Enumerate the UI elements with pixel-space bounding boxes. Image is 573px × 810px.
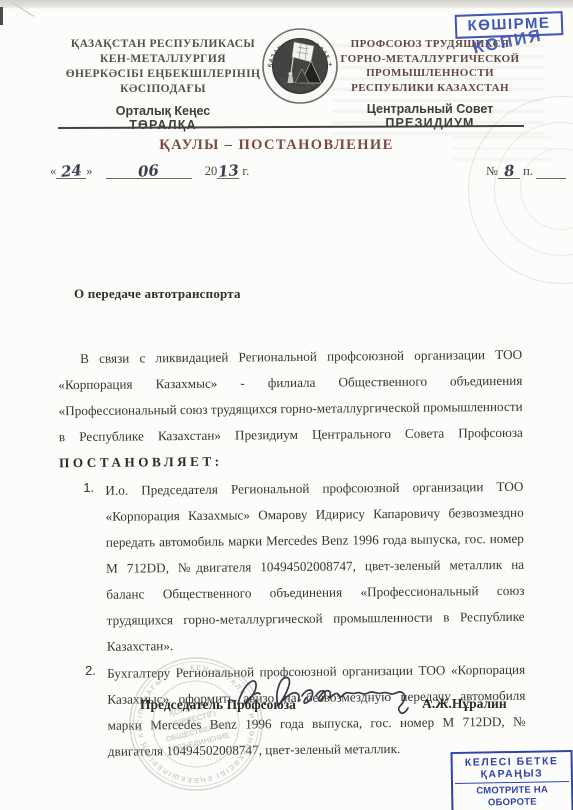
see-reverse-line: КЕЛЕСІ БЕТКЕ <box>455 755 569 769</box>
letterhead-line: ӨНЕРКӘСІБІ ЕҢБЕКШІЛЕРІНІҢ <box>36 67 290 82</box>
see-reverse-russian: СМОТРИТЕ НА ОБОРОТЕ <box>455 784 569 810</box>
empty-blank <box>536 163 566 179</box>
intro-text: В связи с ликвидацией Региональной профс… <box>58 347 523 444</box>
see-reverse-box: КЕЛЕСІ БЕТКЕ ҚАРАҢЫЗ СМОТРИТЕ НА ОБОРОТЕ <box>450 750 573 810</box>
see-reverse-kazakh: КЕЛЕСІ БЕТКЕ ҚАРАҢЫЗ <box>455 755 569 784</box>
emblem-figure <box>289 72 293 76</box>
see-reverse-line: ҚАРАҢЫЗ <box>455 767 569 781</box>
handwritten-signature <box>230 666 440 720</box>
item-number: 2. <box>85 661 101 765</box>
list-item: 1. И.о. Председателя Региональной профсо… <box>83 474 525 660</box>
letterhead-line: ПРОМЫШЛЕННОСТИ <box>331 66 529 81</box>
year-suffix: г. <box>242 164 249 178</box>
letterhead-line: РЕСПУБЛИКИ КАЗАХСТАН <box>331 81 529 96</box>
document-number-line: №8 п. <box>486 163 566 179</box>
central-council-kk: Орталық Кеңес <box>36 104 290 118</box>
number-blank: 8 <box>498 163 520 179</box>
quote-close: » <box>86 164 92 178</box>
scanner-edge-strip <box>0 0 573 9</box>
item-number: 1. <box>83 478 100 660</box>
letterhead-kazakh: ҚАЗАҚСТАН РЕСПУБЛИКАСЫ КЕН-МЕТАЛЛУРГИЯ Ө… <box>36 37 290 132</box>
letterhead-line: ҚАЗАҚСТАН РЕСПУБЛИКАСЫ <box>36 37 290 52</box>
handwritten-year: 13 <box>217 161 239 181</box>
number-sign: № <box>486 164 498 178</box>
union-emblem-icon: ҚАЗАҚ ✦ КӘСІПОДАҚ ✦ МЕТАЛЛ КАЗПРОФМЕТАЛЛ <box>261 27 339 105</box>
document-title: ҚАУЛЫ – ПОСТАНОВЛЕНИЕ <box>0 137 553 154</box>
handwritten-number: 8 <box>503 162 515 181</box>
date-line: «24» 06 2013 г. <box>50 163 249 179</box>
number-suffix: п. <box>523 164 533 178</box>
day-blank: 24 <box>56 163 86 179</box>
see-reverse-stamp: КЕЛЕСІ БЕТКЕ ҚАРАҢЫЗ СМОТРИТЕ НА ОБОРОТЕ <box>450 750 573 810</box>
item-text: И.о. Председателя Региональной профсоюзн… <box>105 474 525 660</box>
letterhead-line: КӘСІПОДАҒЫ <box>36 82 290 97</box>
year-blank: 13 <box>217 163 239 179</box>
letterhead-line: КЕН-МЕТАЛЛУРГИЯ <box>36 52 290 67</box>
year-century: 20 <box>205 164 218 178</box>
presidium-ru: ПРЕЗИДИУМ <box>331 116 529 130</box>
document-subject: О передаче автотранспорта <box>74 286 241 302</box>
intro-paragraph: В связи с ликвидацией Региональной профс… <box>58 342 523 476</box>
handwritten-day: 24 <box>60 161 82 181</box>
copy-stamp: КӨШІРМЕ КОПИЯ <box>455 11 564 39</box>
month-blank: 06 <box>106 163 192 179</box>
presidium-kk: ТӨРАЛҚА <box>36 118 290 132</box>
signer-name: А.Ж.Нұралин <box>422 696 507 712</box>
scanned-document-page: ҚАЗАҚСТАН РЕСПУБЛИКАСЫ КЕН-МЕТАЛЛУРГИЯ Ө… <box>0 0 573 810</box>
scanner-edge-mark <box>0 7 3 25</box>
handwritten-month: 06 <box>137 161 159 181</box>
resolves-word: ПОСТАНОВЛЯЕТ: <box>59 454 223 471</box>
central-council-ru: Центральный Совет <box>331 102 529 116</box>
